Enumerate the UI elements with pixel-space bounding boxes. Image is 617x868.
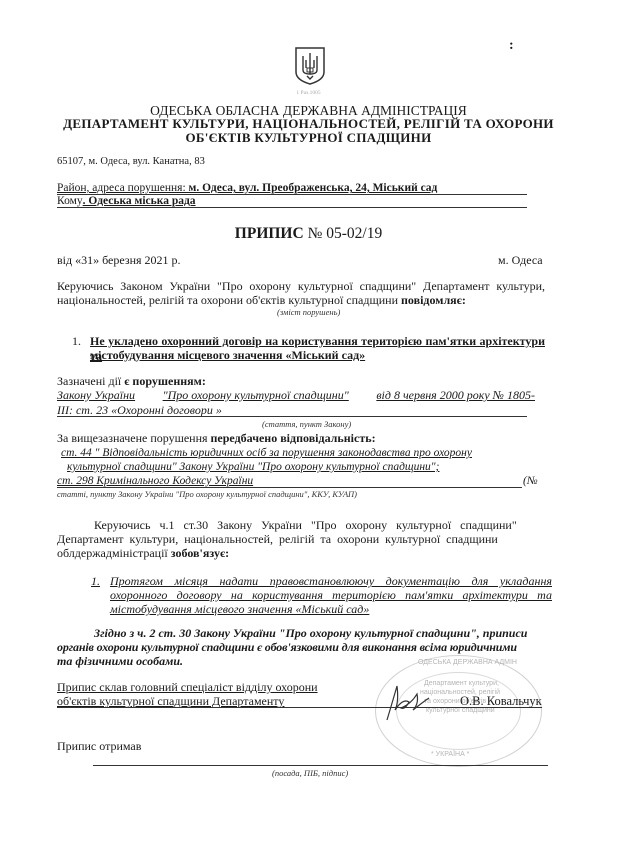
addressee-label: Кому	[57, 195, 83, 207]
violation-line2: містобудування місцевого значення «Міськ…	[90, 348, 365, 363]
org-name-line3: ОБ'ЄКТІВ КУЛЬТУРНОЇ СПАДЩИНИ	[0, 130, 617, 146]
corner-mark: :	[509, 38, 514, 53]
receipt-signature-line	[93, 765, 548, 766]
basis-law-title: "Про охорону культурної спадщини"	[163, 388, 349, 403]
violation-address-row: Район, адреса порушення: м. Одеса, вул. …	[57, 181, 437, 195]
liability-line1: ст. 44 " Відповідальність юридичних осіб…	[61, 446, 472, 460]
obligation-line2: Департамент культури, національностей, р…	[57, 532, 547, 547]
title-prefix: ПРИПИС	[235, 225, 304, 242]
addressee-value: . Одеська міська рада	[83, 195, 196, 207]
violation-basis-line1: Закону України "Про охорону культурної с…	[57, 388, 535, 403]
legal-note-line2: органів охорони культурної спадщини є об…	[57, 640, 552, 655]
obligation-text: облдержадміністрації	[57, 546, 171, 560]
legal-note-line1: Згідно з ч. 2 ст. 30 Закону України "Про…	[94, 626, 546, 641]
violations-caption: (зміст порушень)	[277, 307, 340, 317]
underline	[57, 416, 527, 417]
violation-address-value: м. Одеса, вул. Преображенська, 24, Міськ…	[189, 182, 438, 194]
stamp-middle-text: Департамент культури,	[424, 680, 499, 687]
receipt-label: Припис отримав	[57, 739, 141, 754]
document-city: м. Одеса	[498, 253, 543, 268]
intro-line2: національностей, релігій та охорони об'є…	[57, 293, 466, 308]
basis-law-date: від 8 червня 2000 року № 1805-	[376, 388, 535, 403]
obligation-item-line3: містобудування місцевого значення «Міськ…	[110, 602, 369, 617]
violation-number: 1.	[72, 334, 81, 349]
liability-label-text: За вищезазначене порушення	[57, 431, 211, 445]
liability-line2: культурної спадщини" Закону України "Про…	[67, 460, 439, 474]
obligation-line3: облдержадміністрації зобов'язує:	[57, 546, 229, 561]
liability-line3-tail: (№	[523, 474, 538, 488]
intro-line1: Керуючись Законом України "Про охорону к…	[57, 279, 545, 294]
legal-note-line3: та фізичними особами.	[57, 654, 183, 669]
obligation-item-line2: охоронного договору на користування тери…	[110, 588, 552, 603]
coat-of-arms-icon	[294, 46, 326, 86]
signatory-name: О.В. Ковальчук	[460, 694, 542, 709]
intro-text: національностей, релігій та охорони об'є…	[57, 293, 401, 307]
violation-address-label: Район, адреса порушення:	[57, 182, 189, 194]
basis-label-text: Зазначені дії	[57, 374, 124, 388]
stamp-bottom-text: * УКРАЇНА *	[431, 751, 469, 758]
document-date: від «31» березня 2021 р.	[57, 253, 181, 268]
obligation-item-number: 1.	[91, 574, 100, 589]
intro-notifies: повідомляє:	[401, 293, 466, 307]
obligation-obliges: зобов'язує:	[171, 546, 229, 560]
obligation-line1: Керуючись ч.1 ст.30 Закону України "Про …	[94, 518, 547, 533]
receipt-caption: (посада, ПІБ, підпис)	[272, 768, 348, 778]
addressee-row: Кому. Одеська міська рада	[57, 194, 196, 208]
liability-label: За вищезазначене порушення передбачено в…	[57, 431, 376, 446]
underline	[57, 487, 522, 488]
underline	[57, 207, 527, 208]
stamp-top-text: ОДЕСЬКА ДЕРЖАВНА АДМІН	[418, 659, 517, 666]
basis-law: Закону України	[57, 388, 135, 403]
emblem-caption: 1 Раз.1005	[0, 90, 617, 96]
liability-caption: статті, пункту Закону України "Про охоро…	[57, 489, 357, 499]
title-number: № 05-02/19	[304, 225, 383, 242]
liability-label-bold: передбачено відповідальність:	[211, 431, 376, 445]
obligation-item-line1: Протягом місяця надати правовстановлюючу…	[110, 574, 552, 589]
liability-line3: ст. 298 Кримінального Кодексу України	[57, 474, 253, 488]
basis-caption: (стаття, пункт Закону)	[262, 419, 351, 429]
org-address: 65107, м. Одеса, вул. Канатна, 83	[57, 156, 205, 167]
document-title: ПРИПИС № 05-02/19	[0, 225, 617, 243]
signatory-line1: Припис склав головний спеціаліст відділу…	[57, 680, 318, 695]
violation-basis-label: Зазначені дії є порушенням:	[57, 374, 206, 389]
handwritten-signature	[383, 680, 433, 725]
basis-label-bold: є порушенням:	[124, 374, 206, 388]
